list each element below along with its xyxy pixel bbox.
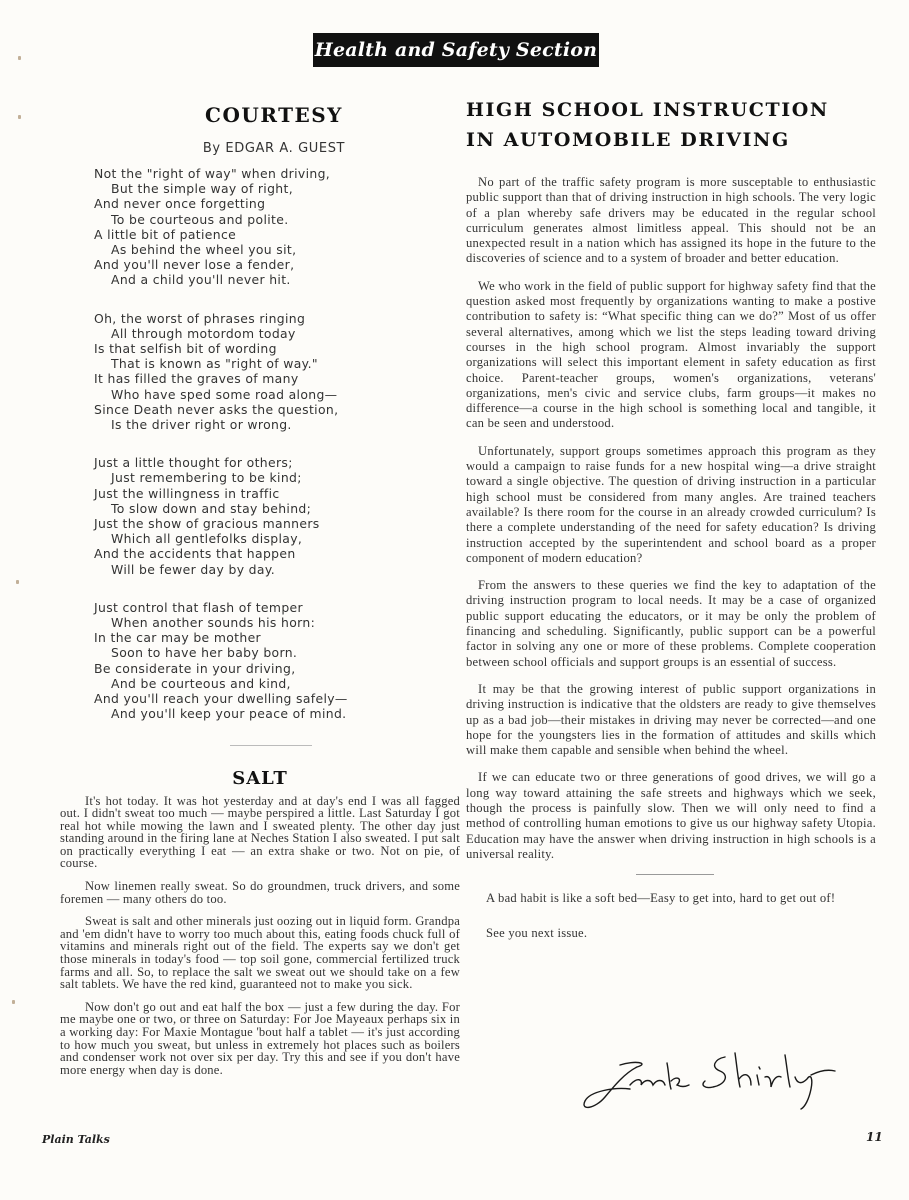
right-column: HIGH SCHOOL INSTRUCTION IN AUTOMOBILE DR… <box>466 95 876 962</box>
article-paragraph: We who work in the field of public suppo… <box>466 279 876 432</box>
sign-off: See you next issue. <box>466 926 876 941</box>
poem-line: Just the willingness in traffic <box>94 486 460 501</box>
poem-line: That is known as "right of way." <box>94 356 460 371</box>
article-paragraph: Unfortunately, support groups sometimes … <box>466 444 876 566</box>
section-divider <box>230 745 312 746</box>
article-body: No part of the traffic safety program is… <box>466 175 876 862</box>
salt-body: It's hot today. It was hot yesterday and… <box>60 795 460 1077</box>
section-banner: Health and Safety Section <box>313 33 599 67</box>
poem-stanza: Not the "right of way" when driving,But … <box>94 166 460 288</box>
closing-quote: A bad habit is like a soft bed—Easy to g… <box>466 891 876 906</box>
poem-line: But the simple way of right, <box>94 181 460 196</box>
article-title-line: HIGH SCHOOL INSTRUCTION <box>466 95 876 125</box>
poem-line: Who have sped some road along— <box>94 387 460 402</box>
poem-title: COURTESY <box>88 103 460 127</box>
salt-title: SALT <box>60 768 460 789</box>
poem-line: As behind the wheel you sit, <box>94 242 460 257</box>
publication-name: Plain Talks <box>42 1133 110 1146</box>
print-speck <box>12 1000 15 1004</box>
poem-line: And be courteous and kind, <box>94 676 460 691</box>
poem-line: Since Death never asks the question, <box>94 402 460 417</box>
poem-stanza: Just a little thought for others;Just re… <box>94 455 460 577</box>
left-column: COURTESY By EDGAR A. GUEST Not the "righ… <box>60 95 460 1086</box>
poem-stanza: Oh, the worst of phrases ringingAll thro… <box>94 311 460 433</box>
poem-line: Soon to have her baby born. <box>94 645 460 660</box>
poem-line: Just a little thought for others; <box>94 455 460 470</box>
article-paragraph: No part of the traffic safety program is… <box>466 175 876 267</box>
poem-line: And you'll keep your peace of mind. <box>94 706 460 721</box>
salt-paragraph: Sweat is salt and other minerals just oo… <box>60 915 460 991</box>
article-title-line: IN AUTOMOBILE DRIVING <box>466 125 876 155</box>
poem-line: In the car may be mother <box>94 630 460 645</box>
poem-line: Just the show of gracious manners <box>94 516 460 531</box>
signature: Jack Shirley <box>575 1045 845 1115</box>
print-speck <box>18 115 21 119</box>
poem-line: To be courteous and polite. <box>94 212 460 227</box>
poem-line: Just remembering to be kind; <box>94 470 460 485</box>
article-paragraph: It may be that the growing interest of p… <box>466 682 876 758</box>
poem-body: Not the "right of way" when driving,But … <box>60 166 460 722</box>
salt-paragraph: Now linemen really sweat. So do groundme… <box>60 880 460 905</box>
poem-line: And the accidents that happen <box>94 546 460 561</box>
poem-line: Be considerate in your driving, <box>94 661 460 676</box>
poem-line: Oh, the worst of phrases ringing <box>94 311 460 326</box>
poem-line: Which all gentlefolks display, <box>94 531 460 546</box>
print-speck <box>16 580 19 584</box>
poem-stanza: Just control that flash of temperWhen an… <box>94 600 460 722</box>
poem-line: A little bit of patience <box>94 227 460 242</box>
poem-line: And a child you'll never hit. <box>94 272 460 287</box>
poem-line: When another sounds his horn: <box>94 615 460 630</box>
poem-line: Is the driver right or wrong. <box>94 417 460 432</box>
poem-line: Not the "right of way" when driving, <box>94 166 460 181</box>
section-title: Health and Safety Section <box>315 39 597 61</box>
poem-line: Is that selfish bit of wording <box>94 341 460 356</box>
poem-line: It has filled the graves of many <box>94 371 460 386</box>
salt-paragraph: It's hot today. It was hot yesterday and… <box>60 795 460 871</box>
section-divider <box>636 874 714 875</box>
poem-line: Just control that flash of temper <box>94 600 460 615</box>
article-paragraph: From the answers to these queries we fin… <box>466 578 876 670</box>
poem-byline: By EDGAR A. GUEST <box>88 141 460 156</box>
poem-line: All through motordom today <box>94 326 460 341</box>
poem-line: Will be fewer day by day. <box>94 562 460 577</box>
poem-line: And you'll never lose a fender, <box>94 257 460 272</box>
poem-line: And never once forgetting <box>94 196 460 211</box>
article-title: HIGH SCHOOL INSTRUCTION IN AUTOMOBILE DR… <box>466 95 876 155</box>
print-speck <box>18 56 21 60</box>
poem-line: To slow down and stay behind; <box>94 501 460 516</box>
article-paragraph: If we can educate two or three generatio… <box>466 770 876 862</box>
page-number: 11 <box>866 1130 883 1144</box>
poem-line: And you'll reach your dwelling safely— <box>94 691 460 706</box>
salt-paragraph: Now don't go out and eat half the box — … <box>60 1001 460 1077</box>
